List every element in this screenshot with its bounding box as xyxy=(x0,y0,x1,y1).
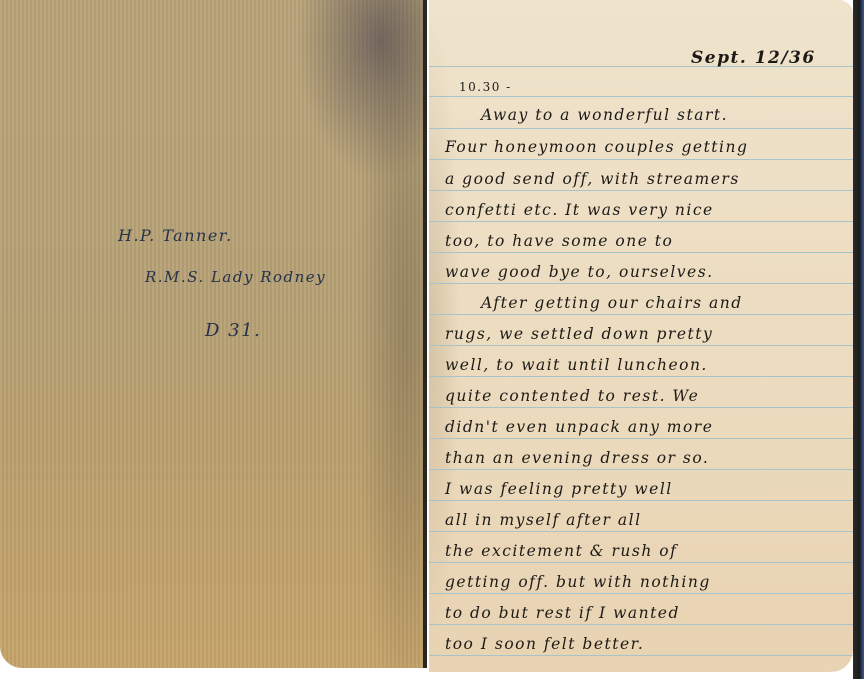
ruled-line xyxy=(429,283,853,284)
diary-line: the excitement & rush of xyxy=(445,542,677,560)
ruled-line xyxy=(429,190,853,191)
ruled-line xyxy=(429,469,853,470)
ruled-line xyxy=(429,531,853,532)
diary-line: too, to have some one to xyxy=(445,232,673,250)
scanner-edge xyxy=(853,0,864,679)
diary-line: than an evening dress or so. xyxy=(445,449,709,467)
ruled-line xyxy=(429,96,853,97)
ship-name: R.M.S. Lady Rodney xyxy=(145,268,326,286)
entry-time: 10.30 - xyxy=(459,80,512,94)
diary-line: to do but rest if I wanted xyxy=(445,604,680,622)
ruled-line xyxy=(429,314,853,315)
ruled-line xyxy=(429,562,853,563)
cabin-number: D 31. xyxy=(205,320,261,341)
ruled-line xyxy=(429,438,853,439)
ruled-line xyxy=(429,252,853,253)
ruled-line xyxy=(429,624,853,625)
diary-line: too I soon felt better. xyxy=(445,635,644,653)
entry-date: Sept. 12/36 xyxy=(691,48,816,68)
notebook-spread: H.P. Tanner. R.M.S. Lady Rodney D 31. Se… xyxy=(0,0,864,679)
owner-name: H.P. Tanner. xyxy=(118,226,233,245)
ruled-line xyxy=(429,500,853,501)
left-page-endpaper: H.P. Tanner. R.M.S. Lady Rodney D 31. xyxy=(0,0,427,668)
diary-line: a good send off, with streamers xyxy=(445,170,740,188)
diary-line: I was feeling pretty well xyxy=(445,480,673,498)
ruled-line xyxy=(429,407,853,408)
ruled-line xyxy=(429,345,853,346)
diary-line: wave good bye to, ourselves. xyxy=(445,263,714,281)
diary-line: Away to a wonderful start. xyxy=(481,106,728,124)
diary-line: Four honeymoon couples getting xyxy=(445,138,748,156)
ruled-line xyxy=(429,128,853,129)
diary-line: well, to wait until luncheon. xyxy=(445,356,708,374)
ruled-line xyxy=(429,221,853,222)
diary-line: didn't even unpack any more xyxy=(445,418,713,436)
diary-line: After getting our chairs and xyxy=(481,294,743,312)
right-page-diary: Sept. 12/36 10.30 - Away to a wonderful … xyxy=(429,0,853,672)
diary-line: rugs, we settled down pretty xyxy=(445,325,713,343)
diary-line: quite contented to rest. We xyxy=(445,387,699,405)
ruled-line xyxy=(429,655,853,656)
ruled-line xyxy=(429,376,853,377)
ruled-line xyxy=(429,593,853,594)
diary-line: confetti etc. It was very nice xyxy=(445,201,714,219)
ruled-line xyxy=(429,159,853,160)
diary-line: getting off. but with nothing xyxy=(445,573,711,591)
diary-line: all in myself after all xyxy=(445,511,642,529)
